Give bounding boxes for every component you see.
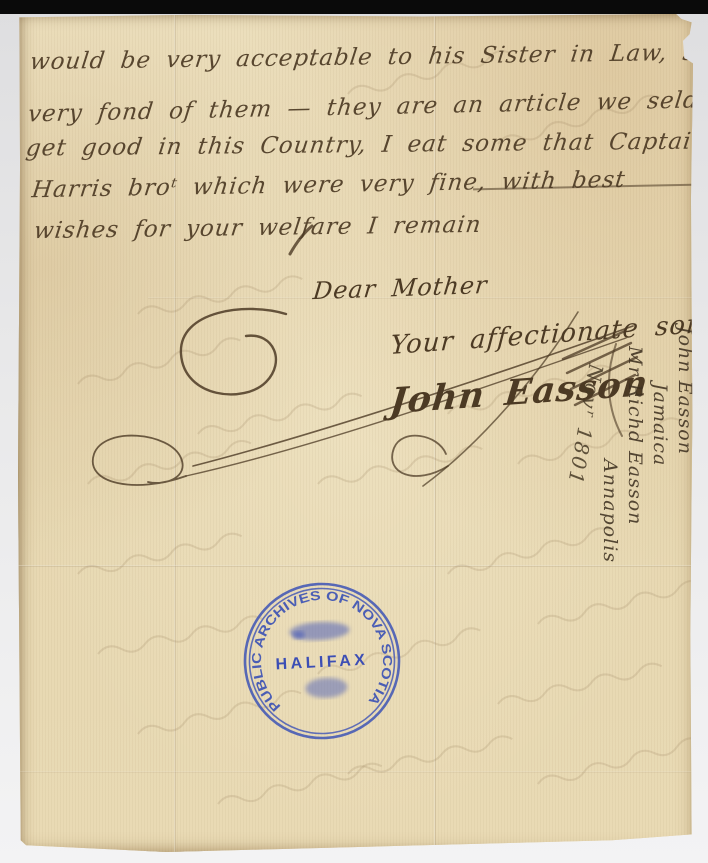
scanner-background-band [0,0,708,14]
stamp-smudge-bottom [305,677,348,699]
horizontal-fold-crease-lower [18,771,693,773]
letter-line-4: Harris broᵗ which were very fine, with b… [30,167,627,203]
docket-line-town: Annapolis [597,312,622,572]
letter-line-1: would be very acceptable to his Sister i… [28,39,708,75]
horizontal-fold-crease [18,565,693,567]
docket-line-sender: John Easson [672,312,697,572]
flourish-capital-o [181,309,286,394]
letter-paper: would be very acceptable to his Sister i… [18,14,693,852]
signature-flourish-loop [93,436,186,485]
stamp-center-text: HALIFAX [275,652,369,674]
docket-block: John Easson Jamaica Mr Richd Easson Anna… [593,312,697,572]
archive-stamp: PUBLIC ARCHIVES OF NOVA SCOTIA HALIFAX [233,572,412,751]
letter-scan: would be very acceptable to his Sister i… [0,0,708,863]
letter-line-2: very fond of them — they are an article … [27,87,708,128]
docket-line-addressee: Mr Richd Easson [622,312,647,572]
salutation: Dear Mother [312,271,490,305]
letter-line-3: get good in this Country, I eat some tha… [24,128,708,161]
signature-curl [392,436,448,476]
docket-line-place: Jamaica [647,312,672,572]
letter-line-5: wishes for your welfare I remain [32,212,483,244]
